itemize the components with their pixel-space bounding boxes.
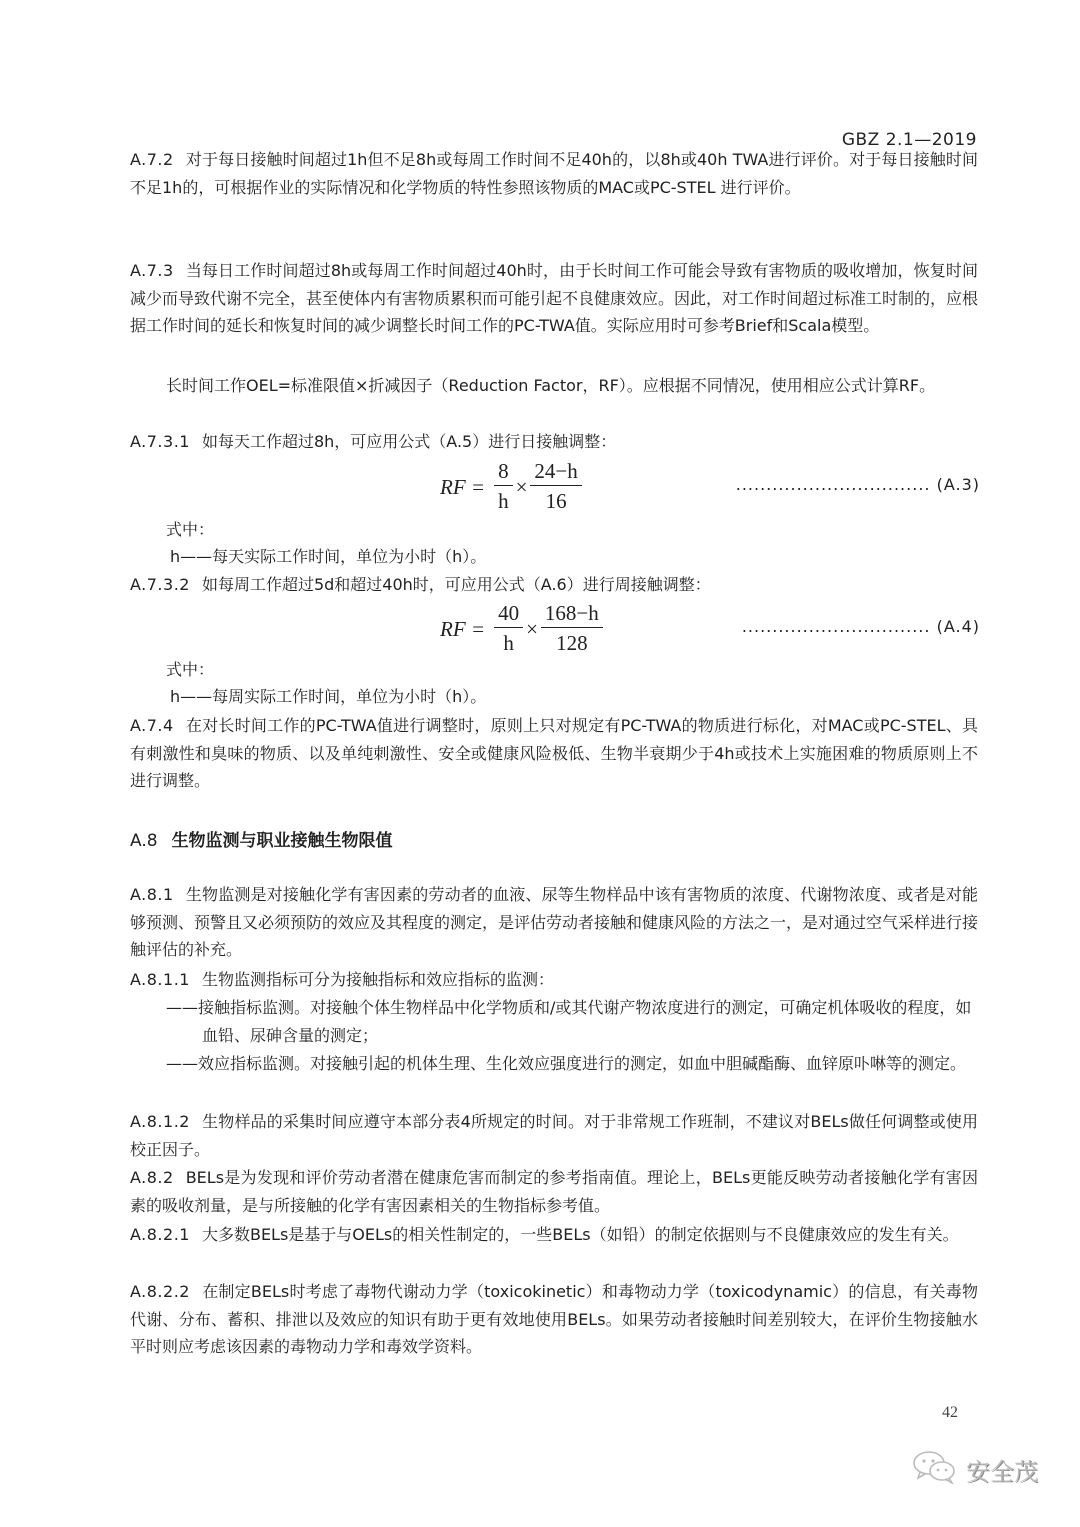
clause-id: A.7.2 (130, 150, 174, 169)
clause-a8-1-1: A.8.1.1生物监测指标可分为接触指标和效应指标的监测： (130, 966, 978, 994)
clause-a7-4: A.7.4在对长时间工作的PC-TWA值进行调整时，原则上只对规定有PC-TWA… (130, 712, 978, 795)
clause-id: A.8.1.1 (130, 970, 190, 989)
clause-id: A.8.2.2 (130, 1282, 190, 1301)
where-label: 式中： (166, 656, 214, 683)
leader-dots: ................................ (736, 475, 931, 494)
clause-text: 长时间工作OEL=标准限值×折减因子（Reduction Factor，RF）。… (166, 376, 935, 395)
clause-text: 如每天工作超过8h，可应用公式（A.5）进行日接触调整： (202, 432, 616, 451)
variable-definition: h——每天实际工作时间，单位为小时（h）。 (170, 543, 486, 570)
clause-id: A.7.4 (130, 716, 174, 735)
list-item-exposure-index: ——接触指标监测。对接触个体生物样品中化学物质和/或其代谢产物浓度进行的测定，可… (166, 994, 978, 1049)
clause-text: 如每周工作超过5d和超过40h时，可应用公式（A.6）进行周接触调整： (202, 575, 711, 594)
formula-label: (A.4) (937, 617, 980, 636)
section-title: 生物监测与职业接触生物限值 (172, 831, 393, 851)
watermark: 安全茂 (912, 1450, 1038, 1488)
leader-dots: ............................... (742, 617, 931, 636)
clause-a8-2-1: A.8.2.1大多数BELs是基于与OELs的相关性制定的，一些BELs（如铅）… (130, 1221, 978, 1249)
clause-a8-2: A.8.2BELs是为发现和评价劳动者潜在健康危害而制定的参考指南值。理论上，B… (130, 1164, 978, 1219)
document-page: GBZ 2.1—2019 A.7.2对于每日接触时间超过1h但不足8h或每周工作… (0, 0, 1080, 1527)
clause-a8-1: A.8.1生物监测是对接触化学有害因素的劳动者的血液、尿等生物样品中该有害物质的… (130, 881, 978, 964)
clause-a8-2-2: A.8.2.2在制定BELs时考虑了毒物代谢动力学（toxicokinetic）… (130, 1278, 978, 1361)
clause-text: 在对长时间工作的PC-TWA值进行调整时，原则上只对规定有PC-TWA的物质进行… (130, 716, 978, 790)
clause-text: 生物样品的采集时间应遵守本部分表4所规定的时间。对于非常规工作班制，不建议对BE… (130, 1112, 978, 1159)
clause-id: A.8.2.1 (130, 1225, 190, 1244)
clause-text: 生物监测是对接触化学有害因素的劳动者的血液、尿等生物样品中该有害物质的浓度、代谢… (130, 885, 978, 959)
clause-text: 大多数BELs是基于与OELs的相关性制定的，一些BELs（如铅）的制定依据则与… (202, 1225, 959, 1244)
clause-id: A.8.1 (130, 885, 174, 904)
times-sign: × (516, 475, 528, 500)
clause-a8-1-2: A.8.1.2生物样品的采集时间应遵守本部分表4所规定的时间。对于非常规工作班制… (130, 1108, 978, 1163)
clause-text: BELs是为发现和评价劳动者潜在健康危害而制定的参考指南值。理论上，BELs更能… (130, 1168, 978, 1215)
clause-id: A.7.3.1 (130, 432, 190, 451)
section-id: A.8 (130, 831, 158, 851)
clause-id: A.7.3.2 (130, 575, 190, 594)
clause-text: 在制定BELs时考虑了毒物代谢动力学（toxicokinetic）和毒物动力学（… (130, 1282, 978, 1356)
fraction: 168−h 128 (541, 600, 603, 658)
clause-a7-2: A.7.2对于每日接触时间超过1h但不足8h或每周工作时间不足40h的，以8h或… (130, 146, 978, 201)
fraction: 24−h 16 (530, 458, 581, 516)
watermark-text: 安全茂 (966, 1452, 1038, 1487)
clause-text: 生物监测指标可分为接触指标和效应指标的监测： (202, 970, 554, 989)
clause-id: A.8.2 (130, 1168, 174, 1187)
formula-lhs: RF = (440, 475, 485, 500)
where-label: 式中： (166, 516, 214, 543)
clause-id: A.8.1.2 (130, 1112, 190, 1131)
list-item-effect-index: ——效应指标监测。对接触引起的机体生理、生化效应强度进行的测定，如血中胆碱酯酶、… (166, 1050, 978, 1078)
formula-weekly-rf: RF = 40 h × 168−h 128 ..................… (440, 594, 980, 664)
wechat-icon (912, 1450, 958, 1488)
fraction: 8 h (494, 458, 513, 516)
clause-a7-3: A.7.3当每日工作时间超过8h或每周工作时间超过40h时，由于长时间工作可能会… (130, 257, 978, 340)
formula-lhs: RF = (440, 617, 485, 642)
section-heading-a8: A.8生物监测与职业接触生物限值 (130, 826, 393, 851)
clause-id: A.7.3 (130, 261, 174, 280)
variable-definition: h——每周实际工作时间，单位为小时（h）。 (170, 683, 486, 710)
times-sign: × (526, 617, 538, 642)
page-number: 42 (942, 1404, 958, 1422)
fraction: 40 h (494, 600, 523, 658)
clause-text: 对于每日接触时间超过1h但不足8h或每周工作时间不足40h的，以8h或40h T… (130, 150, 978, 197)
formula-label: (A.3) (937, 475, 980, 494)
clause-a7-3-note: 长时间工作OEL=标准限值×折减因子（Reduction Factor，RF）。… (130, 372, 978, 400)
clause-text: 当每日工作时间超过8h或每周工作时间超过40h时，由于长时间工作可能会导致有害物… (130, 261, 978, 335)
formula-daily-rf: RF = 8 h × 24−h 16 .....................… (440, 452, 980, 522)
